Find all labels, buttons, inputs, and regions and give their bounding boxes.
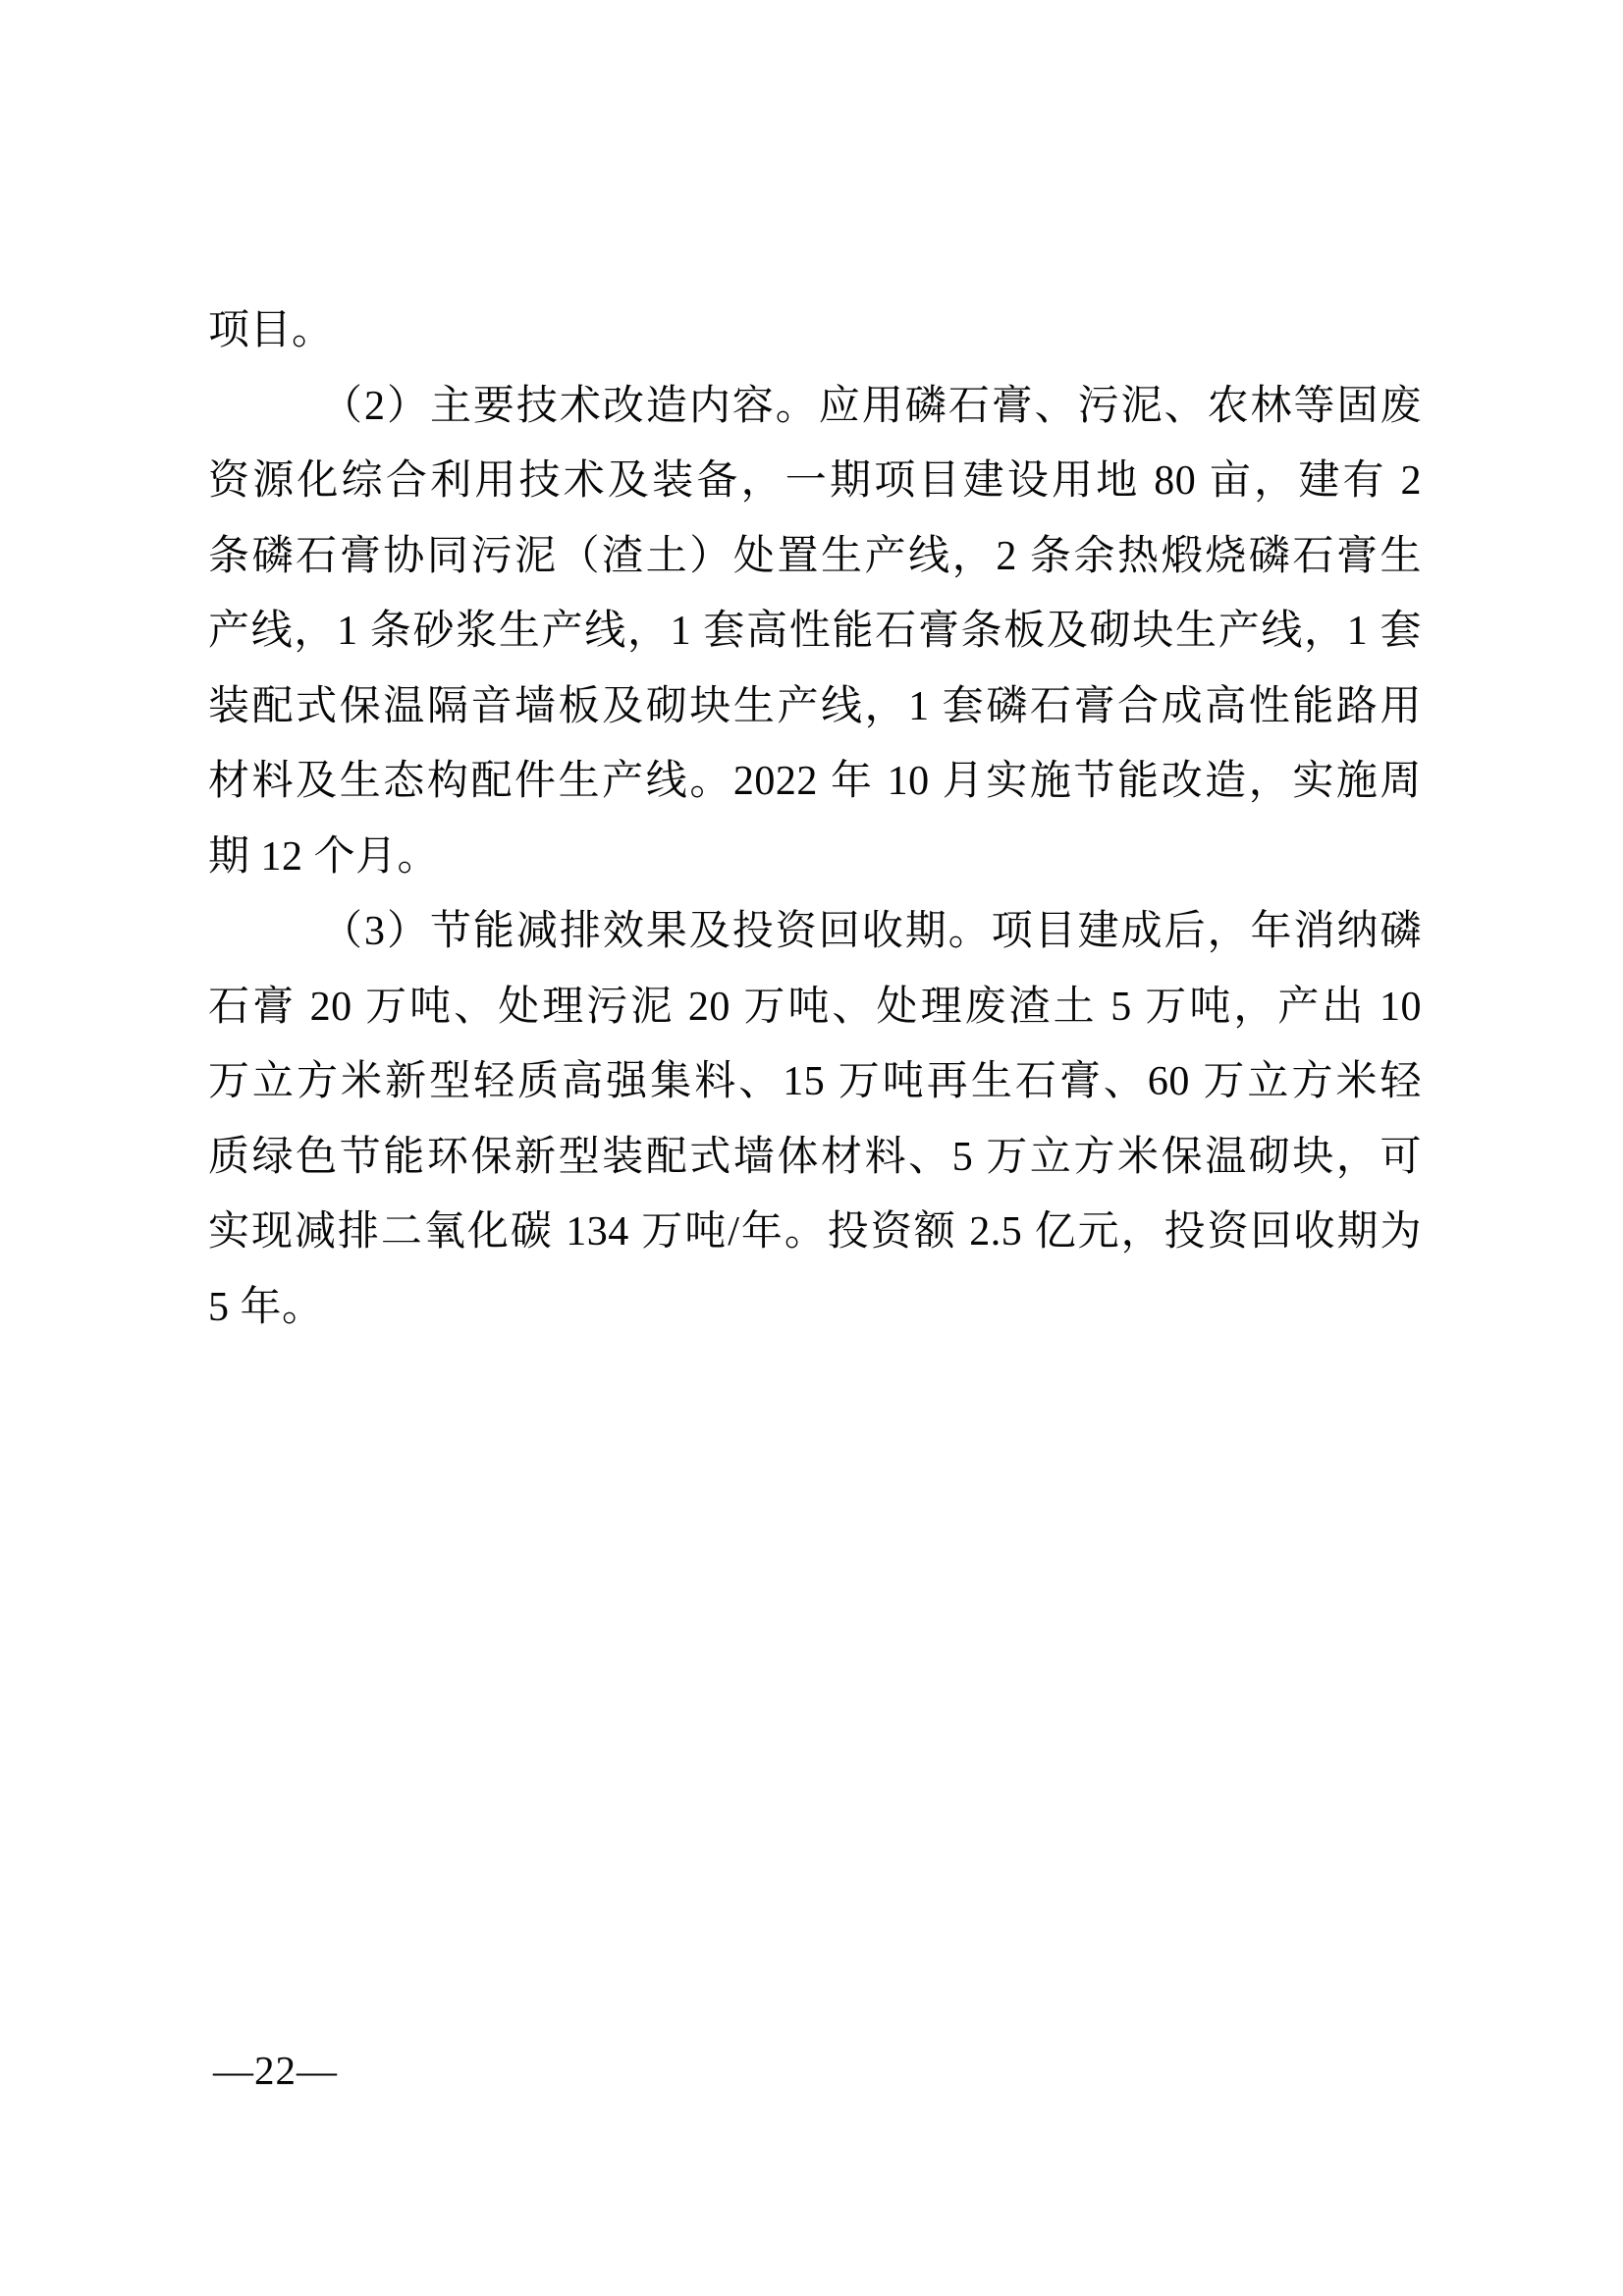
text-line: 资源化综合利用技术及装备，一期项目建设用地 80 亩，建有 2: [208, 444, 1422, 519]
text-line: 产线，1 条砂浆生产线，1 套高性能石膏条板及砌块生产线，1 套: [208, 594, 1422, 669]
text-line: 实现减排二氧化碳 134 万吨/年。投资额 2.5 亿元，投资回收期为: [208, 1195, 1422, 1270]
text-line: 期 12 个月。: [208, 820, 1422, 895]
text-line: 材料及生态构配件生产线。2022 年 10 月实施节能改造，实施周: [208, 744, 1422, 820]
document-text-block: 项目。（2）主要技术改造内容。应用磷石膏、污泥、农林等固废资源化综合利用技术及装…: [208, 294, 1422, 1345]
text-line: 装配式保温隔音墙板及砌块生产线，1 套磷石膏合成高性能路用: [208, 669, 1422, 745]
text-line: 万立方米新型轻质高强集料、15 万吨再生石膏、60 万立方米轻: [208, 1044, 1422, 1120]
text-line: 项目。: [208, 294, 1422, 369]
text-line: （2）主要技术改造内容。应用磷石膏、污泥、农林等固废: [208, 369, 1422, 445]
text-line: （3）节能减排效果及投资回收期。项目建成后，年消纳磷: [208, 894, 1422, 970]
page-number-label: —22—: [213, 2048, 338, 2093]
text-line: 条磷石膏协同污泥（渣土）处置生产线，2 条余热煅烧磷石膏生: [208, 519, 1422, 595]
text-line: 质绿色节能环保新型装配式墙体材料、5 万立方米保温砌块，可: [208, 1120, 1422, 1196]
document-page: 项目。（2）主要技术改造内容。应用磷石膏、污泥、农林等固废资源化综合利用技术及装…: [0, 0, 1623, 2296]
text-line: 5 年。: [208, 1270, 1422, 1346]
text-line: 石膏 20 万吨、处理污泥 20 万吨、处理废渣土 5 万吨，产出 10: [208, 970, 1422, 1045]
